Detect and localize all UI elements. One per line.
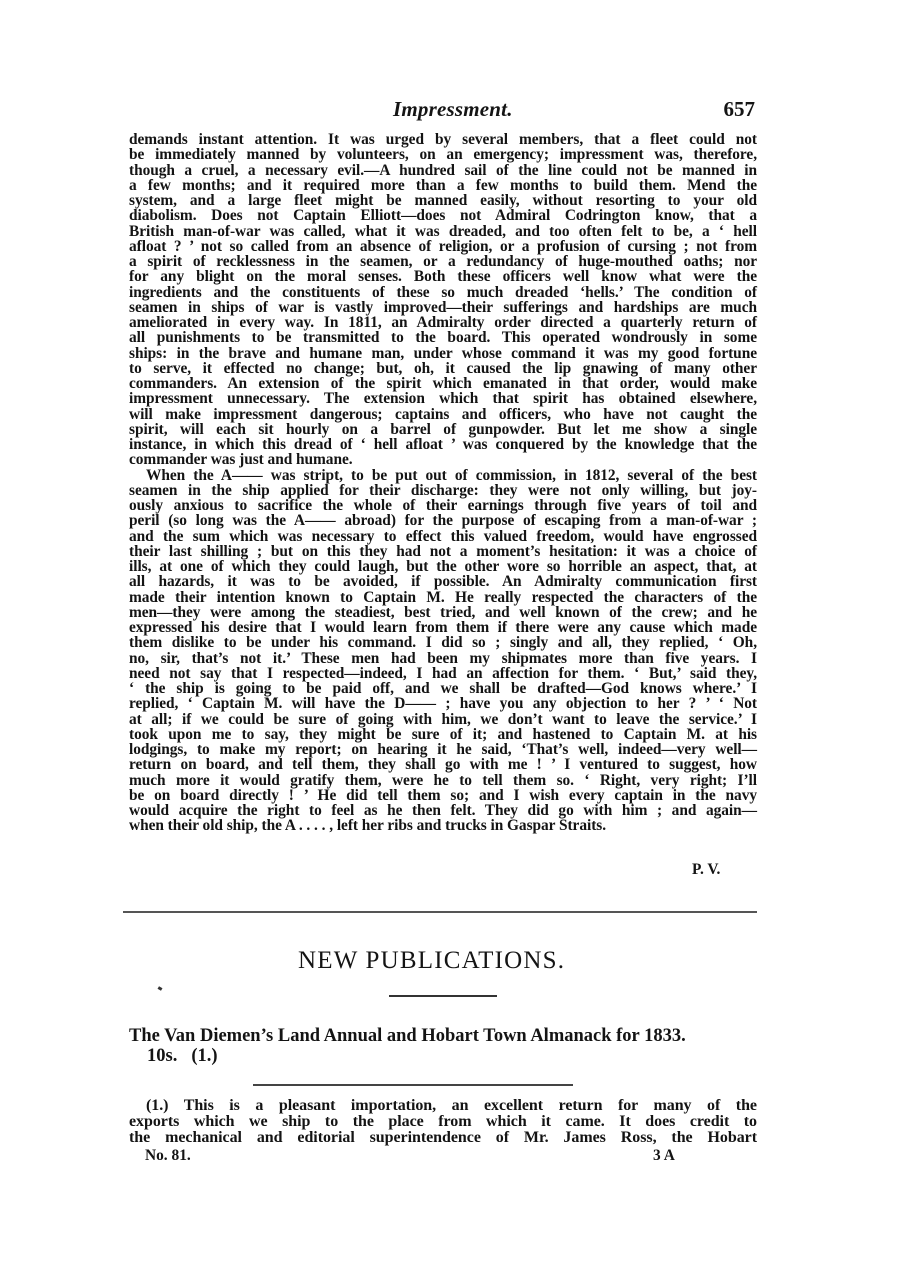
print-speck [158, 986, 163, 991]
footnote-divider [253, 1084, 573, 1086]
text-line: be on board directly ! ’ He did tell the… [129, 788, 757, 803]
text-line: ously anxious to sacrifice the whole of … [129, 498, 757, 513]
text-line: no, sir, that’s not it.’ These men had b… [129, 651, 757, 666]
text-line: men—they were among the steadiest, best … [129, 605, 757, 620]
text-line: exports which we ship to the place from … [129, 1114, 757, 1130]
text-line: would acquire the right to feel as he th… [129, 803, 757, 818]
text-line: system, and a large fleet might be manne… [129, 193, 757, 208]
text-line: expressed his desire that I would learn … [129, 620, 757, 635]
article-body: demands instant attention. It was urged … [129, 132, 757, 834]
text-line: British man-of-war was called, what it w… [129, 224, 757, 239]
text-line: When the A—— was stript, to be put out o… [129, 468, 757, 483]
text-line: and the sum which was necessary to effec… [129, 529, 757, 544]
author-signature: P. V. [692, 861, 720, 879]
text-line: ameliorated in every way. In 1811, an Ad… [129, 315, 757, 330]
text-line: seamen in ships of war is vastly improve… [129, 300, 757, 315]
paragraph-1: demands instant attention. It was urged … [129, 132, 757, 468]
text-line: a spirit of recklessness in the seamen, … [129, 254, 757, 269]
text-line: commander was just and humane. [129, 452, 757, 467]
text-line: a few months; and it required more than … [129, 178, 757, 193]
text-line: be immediately manned by volunteers, on … [129, 147, 757, 162]
footnote-reference: (1.) [191, 1046, 217, 1066]
text-line: (1.) This is a pleasant importation, an … [129, 1098, 757, 1114]
publication-price: 10s. [147, 1046, 177, 1066]
text-line: for any blight on the moral senses. Both… [129, 269, 757, 284]
text-line: will make impressment dangerous; captain… [129, 407, 757, 422]
text-line: took upon me to say, they might be sure … [129, 727, 757, 742]
text-line: replied, ‘ Captain M. will have the D—— … [129, 696, 757, 711]
text-line: all punishments to be transmitted to the… [129, 330, 757, 345]
text-line: peril (so long was the A—— abroad) for t… [129, 513, 757, 528]
signature-mark: 3 A [653, 1147, 675, 1165]
text-line: demands instant attention. It was urged … [129, 132, 757, 147]
text-line: need not say that I respected—indeed, I … [129, 666, 757, 681]
section-divider [123, 911, 757, 913]
text-line: diabolism. Does not Captain Elliott—does… [129, 208, 757, 223]
text-line: ingredients and the constituents of thes… [129, 285, 757, 300]
page-number: 657 [724, 97, 756, 122]
footnote: (1.) This is a pleasant importation, an … [129, 1098, 757, 1146]
text-line: commanders. An extension of the spirit w… [129, 376, 757, 391]
text-line: seamen in the ship applied for their dis… [129, 483, 757, 498]
publication-price-line: 10s.(1.) [147, 1046, 232, 1067]
text-line: ‘ the ship is going to be paid off, and … [129, 681, 757, 696]
text-line: at all; if we could be sure of going wit… [129, 712, 757, 727]
heading-rule [389, 995, 497, 997]
text-line: when their old ship, the A . . . . , lef… [129, 818, 757, 833]
text-line: impressment unnecessary. The extension w… [129, 391, 757, 406]
text-line: them dislike to be under his command. I … [129, 635, 757, 650]
text-line: lodgings, to make my report; on hearing … [129, 742, 757, 757]
text-line: though a cruel, a necessary evil.—A hund… [129, 163, 757, 178]
text-line: made their intention known to Captain M.… [129, 590, 757, 605]
running-title: Impressment. [393, 97, 513, 122]
text-line: to serve, it effected no change; but, oh… [129, 361, 757, 376]
text-line: instance, in which this dread of ‘ hell … [129, 437, 757, 452]
text-line: spirit, will each sit hourly on a barrel… [129, 422, 757, 437]
text-line: all hazards, it was to be avoided, if po… [129, 574, 757, 589]
document-page: Impressment. 657 demands instant attenti… [0, 0, 904, 1268]
issue-number: No. 81. [145, 1147, 191, 1165]
publication-title: The Van Diemen’s Land Annual and Hobart … [129, 1026, 757, 1047]
text-line: ships: in the brave and humane man, unde… [129, 346, 757, 361]
running-head: Impressment. 657 [129, 97, 757, 121]
text-line: the mechanical and editorial superintend… [129, 1130, 757, 1146]
text-line: their last shilling ; but on this they h… [129, 544, 757, 559]
text-line: afloat ? ’ not so called from an absence… [129, 239, 757, 254]
text-line: ills, at one of which they could laugh, … [129, 559, 757, 574]
text-line: much more it would gratify them, were he… [129, 773, 757, 788]
paragraph-2: When the A—— was stript, to be put out o… [129, 468, 757, 834]
section-heading: NEW PUBLICATIONS. [298, 947, 565, 975]
text-line: return on board, and tell them, they sha… [129, 757, 757, 772]
